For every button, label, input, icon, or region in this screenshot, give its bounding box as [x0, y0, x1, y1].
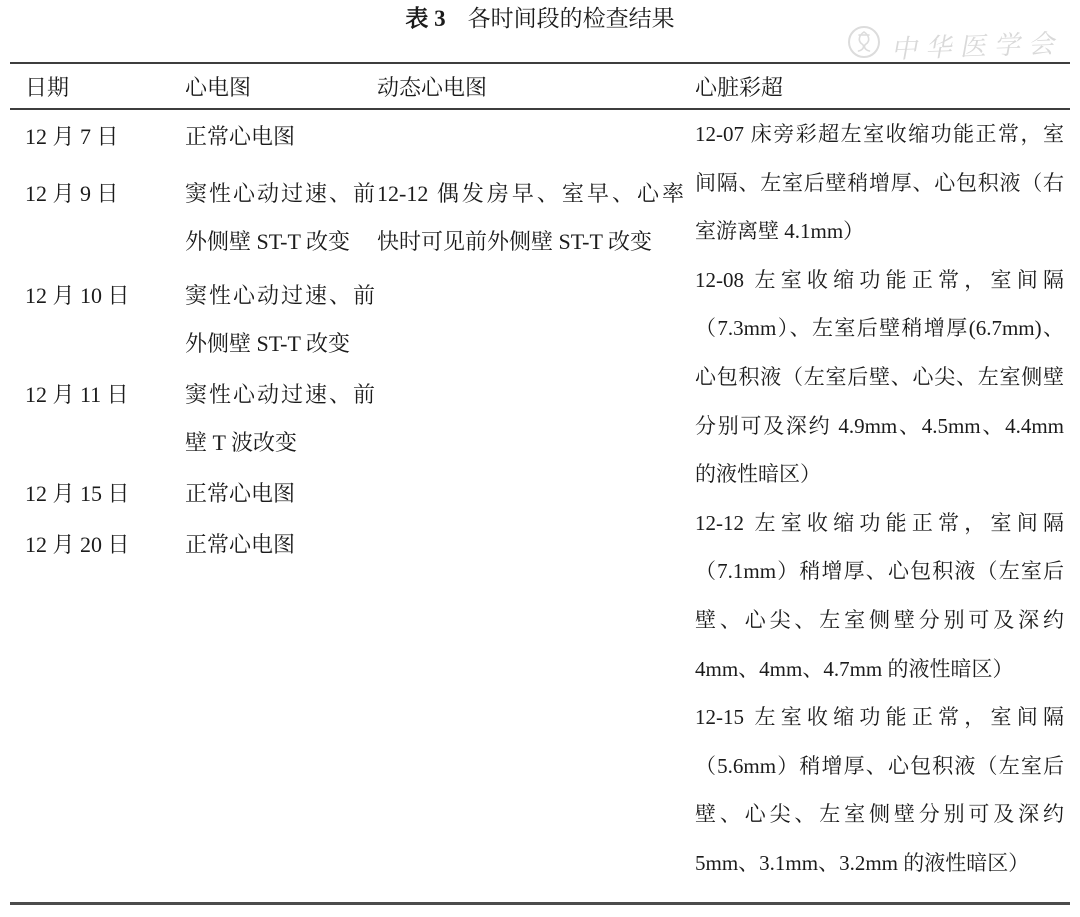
cell-ecg: 窦性心动过速、前外侧壁 ST-T 改变: [185, 167, 377, 269]
ultrasound-paragraph: 12-15 左室收缩功能正常，室间隔（5.6mm）稍增厚、心包积液（左室后壁、心…: [695, 693, 1064, 887]
cell-holter: [377, 269, 690, 368]
ultrasound-line: 壁、心尖、左室侧壁分别可及深约: [695, 596, 1064, 645]
cell-date: 12 月 9 日: [10, 167, 185, 269]
table-title: 各时间段的检查结果: [468, 6, 675, 31]
ecg-line: 正常心电图: [185, 521, 375, 569]
cell-holter: [377, 518, 690, 904]
ecg-line: 窦性心动过速、前: [185, 371, 375, 419]
ultrasound-line: 12-15 左室收缩功能正常，室间隔: [695, 693, 1064, 742]
ultrasound-paragraph: 12-08 左室收缩功能正常，室间隔（7.3mm）、左室后壁稍增厚(6.7mm)…: [695, 256, 1064, 499]
cell-holter: [377, 109, 690, 167]
ultrasound-line: 壁、心尖、左室侧壁分别可及深约: [695, 790, 1064, 839]
ecg-line: 窦性心动过速、前: [185, 170, 375, 218]
ecg-line: 壁 T 波改变: [185, 419, 375, 467]
cell-date: 12 月 7 日: [10, 109, 185, 167]
cell-date: 12 月 15 日: [10, 467, 185, 518]
cell-ultrasound: 12-07 床旁彩超左室收缩功能正常，室间隔、左室后壁稍增厚、心包积液（右室游离…: [690, 109, 1070, 904]
document-page: 表 3各时间段的检查结果 中华医学会 日期 心电图 动态心电图 心脏彩超 12 …: [0, 0, 1080, 917]
cell-date: 12 月 10 日: [10, 269, 185, 368]
col-header-ultrasound: 心脏彩超: [690, 63, 1070, 109]
table-row: 12 月 7 日正常心电图12-07 床旁彩超左室收缩功能正常，室间隔、左室后壁…: [10, 109, 1070, 167]
ultrasound-line: 5mm、3.1mm、3.2mm 的液性暗区）: [695, 839, 1064, 888]
ultrasound-line: （7.3mm）、左室后壁稍增厚(6.7mm)、: [695, 304, 1064, 353]
exam-results-table: 日期 心电图 动态心电图 心脏彩超 12 月 7 日正常心电图12-07 床旁彩…: [10, 62, 1070, 905]
col-header-ecg: 心电图: [185, 63, 377, 109]
cell-ecg: 正常心电图: [185, 467, 377, 518]
ultrasound-line: 分别可及深约 4.9mm、4.5mm、4.4mm: [695, 402, 1064, 451]
cell-ecg: 窦性心动过速、前外侧壁 ST-T 改变: [185, 269, 377, 368]
cell-holter: [377, 467, 690, 518]
ultrasound-line: 心包积液（左室后壁、心尖、左室侧壁: [695, 353, 1064, 402]
ultrasound-line: 4mm、4mm、4.7mm 的液性暗区）: [695, 645, 1064, 694]
ecg-line: 外侧壁 ST-T 改变: [185, 320, 375, 368]
ultrasound-line: 12-08 左室收缩功能正常，室间隔: [695, 256, 1064, 305]
col-header-date: 日期: [10, 63, 185, 109]
cell-ecg: 窦性心动过速、前壁 T 波改变: [185, 368, 377, 467]
holter-line: 快时可见前外侧壁 ST-T 改变: [377, 218, 684, 266]
cell-ecg: 正常心电图: [185, 518, 377, 904]
ultrasound-line: 间隔、左室后壁稍增厚、心包积液（右: [695, 159, 1064, 208]
cell-date: 12 月 20 日: [10, 518, 185, 904]
cell-holter: [377, 368, 690, 467]
ultrasound-line: 的液性暗区）: [695, 450, 1064, 499]
holter-line: 12-12 偶发房早、室早、心率: [377, 170, 684, 218]
col-header-holter: 动态心电图: [377, 63, 690, 109]
ecg-line: 外侧壁 ST-T 改变: [185, 218, 375, 266]
cell-holter: 12-12 偶发房早、室早、心率快时可见前外侧壁 ST-T 改变: [377, 167, 690, 269]
ultrasound-paragraph: 12-12 左室收缩功能正常，室间隔（7.1mm）稍增厚、心包积液（左室后壁、心…: [695, 499, 1064, 693]
ecg-line: 正常心电图: [185, 113, 375, 161]
ecg-line: 正常心电图: [185, 470, 375, 518]
ultrasound-line: （5.6mm）稍增厚、心包积液（左室后: [695, 742, 1064, 791]
ecg-line: 窦性心动过速、前: [185, 272, 375, 320]
ultrasound-line: （7.1mm）稍增厚、心包积液（左室后: [695, 547, 1064, 596]
table-caption: 表 3各时间段的检查结果: [0, 4, 1080, 34]
ultrasound-line: 12-12 左室收缩功能正常，室间隔: [695, 499, 1064, 548]
ultrasound-line: 12-07 床旁彩超左室收缩功能正常，室: [695, 110, 1064, 159]
cell-date: 12 月 11 日: [10, 368, 185, 467]
cell-ecg: 正常心电图: [185, 109, 377, 167]
ultrasound-paragraph: 12-07 床旁彩超左室收缩功能正常，室间隔、左室后壁稍增厚、心包积液（右室游离…: [695, 110, 1064, 256]
table-number: 表 3: [405, 6, 445, 31]
ultrasound-line: 室游离壁 4.1mm）: [695, 207, 1064, 256]
header-row: 日期 心电图 动态心电图 心脏彩超: [10, 63, 1070, 109]
